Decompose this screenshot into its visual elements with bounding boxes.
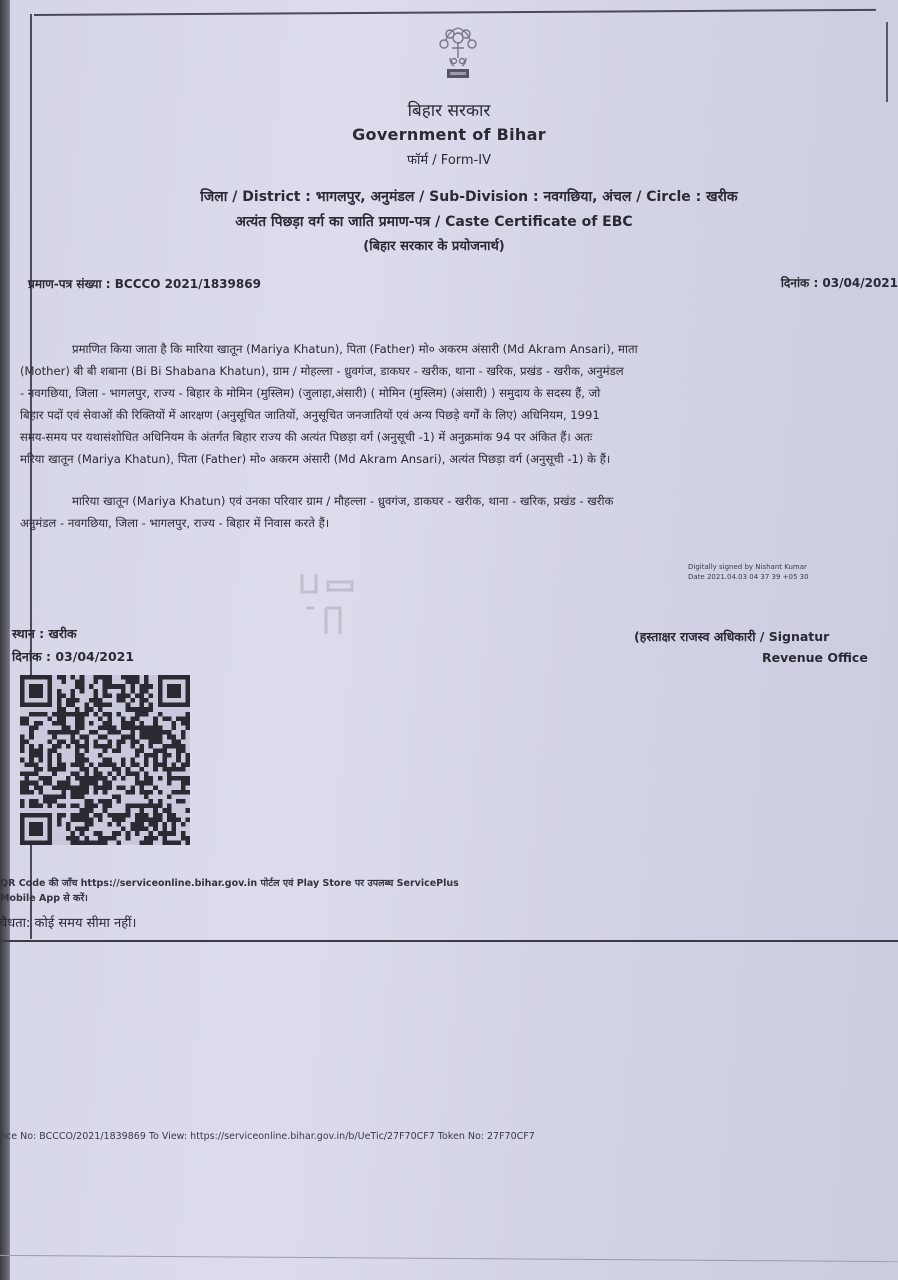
- district-line: जिला / District : भागलपुर, अनुमंडल / Sub…: [20, 187, 898, 206]
- paragraph-line: मरिया खातून (Mariya Khatun), पिता (Fathe…: [20, 448, 898, 470]
- frame-border-bottom: [0, 940, 898, 942]
- certificate-purpose: (बिहार सरकार के प्रयोजनार्थ): [0, 236, 883, 254]
- paragraph-line: मारिया खातून (Mariya Khatun) एवं उनका पर…: [20, 490, 898, 512]
- paragraph-line: - नवगछिया, जिला - भागलपुर, राज्य - बिहार…: [20, 382, 898, 404]
- certificate-number: प्रमाण-पत्र संख्या : BCCCO 2021/1839869: [28, 275, 261, 292]
- issue-place: स्थान : खरीक: [12, 625, 77, 642]
- qr-code-icon[interactable]: [12, 675, 198, 845]
- bihar-emblem-icon: [430, 22, 486, 80]
- paragraph-line: अनुमंडल - नवगछिया, जिला - भागलपुर, राज्य…: [20, 512, 898, 534]
- form-label: फॉर्म / Form-IV: [0, 150, 898, 168]
- issue-date: दिनांक : 03/04/2021: [12, 648, 134, 665]
- validity-note: वैधता: कोई समय सीमा नहीं।: [0, 913, 136, 931]
- qr-note-line: Mobile App से करें।: [0, 891, 459, 906]
- paragraph-line: (Mother) बी बी शबाना (Bi Bi Shabana Khat…: [20, 360, 898, 382]
- digital-signer: Digitally signed by Nishant Kumar: [688, 562, 809, 572]
- faint-watermark-icon: [296, 568, 366, 638]
- paragraph-line: प्रमाणित किया जाता है कि मारिया खातून (M…: [20, 338, 898, 360]
- signatory-office: Revenue Office: [762, 650, 868, 665]
- certificate-date: दिनांक : 03/04/2021: [781, 274, 898, 291]
- residence-paragraph: मारिया खातून (Mariya Khatun) एवं उनका पर…: [20, 490, 898, 534]
- digital-signature-stamp: Digitally signed by Nishant Kumar Date 2…: [688, 562, 809, 582]
- reference-footer[interactable]: nce No: BCCCO/2021/1839869 To View: http…: [0, 1131, 535, 1142]
- hindi-government-title: बिहार सरकार: [0, 98, 898, 121]
- digital-signature-date: Date 2021.04.03 04 37 39 +05 30: [688, 572, 809, 582]
- paragraph-line: समय-समय पर यथासंशोधित अधिनियम के अंतर्गत…: [20, 426, 898, 448]
- qr-note-line: QR Code की जाँच https://serviceonline.bi…: [0, 876, 459, 891]
- government-title: Government of Bihar: [0, 125, 898, 144]
- frame-border-right: [886, 22, 888, 102]
- certification-paragraph: प्रमाणित किया जाता है कि मारिया खातून (M…: [20, 338, 898, 470]
- qr-verification-note: QR Code की जाँच https://serviceonline.bi…: [0, 876, 459, 906]
- paragraph-line: बिहार पदों एवं सेवाओं की रिक्तियों में आ…: [20, 404, 898, 426]
- certificate-title: अत्यंत पिछड़ा वर्ग का जाति प्रमाण-पत्र /…: [0, 212, 883, 231]
- signature-label: (हस्ताक्षर राजस्व अधिकारी / Signatur: [634, 628, 829, 645]
